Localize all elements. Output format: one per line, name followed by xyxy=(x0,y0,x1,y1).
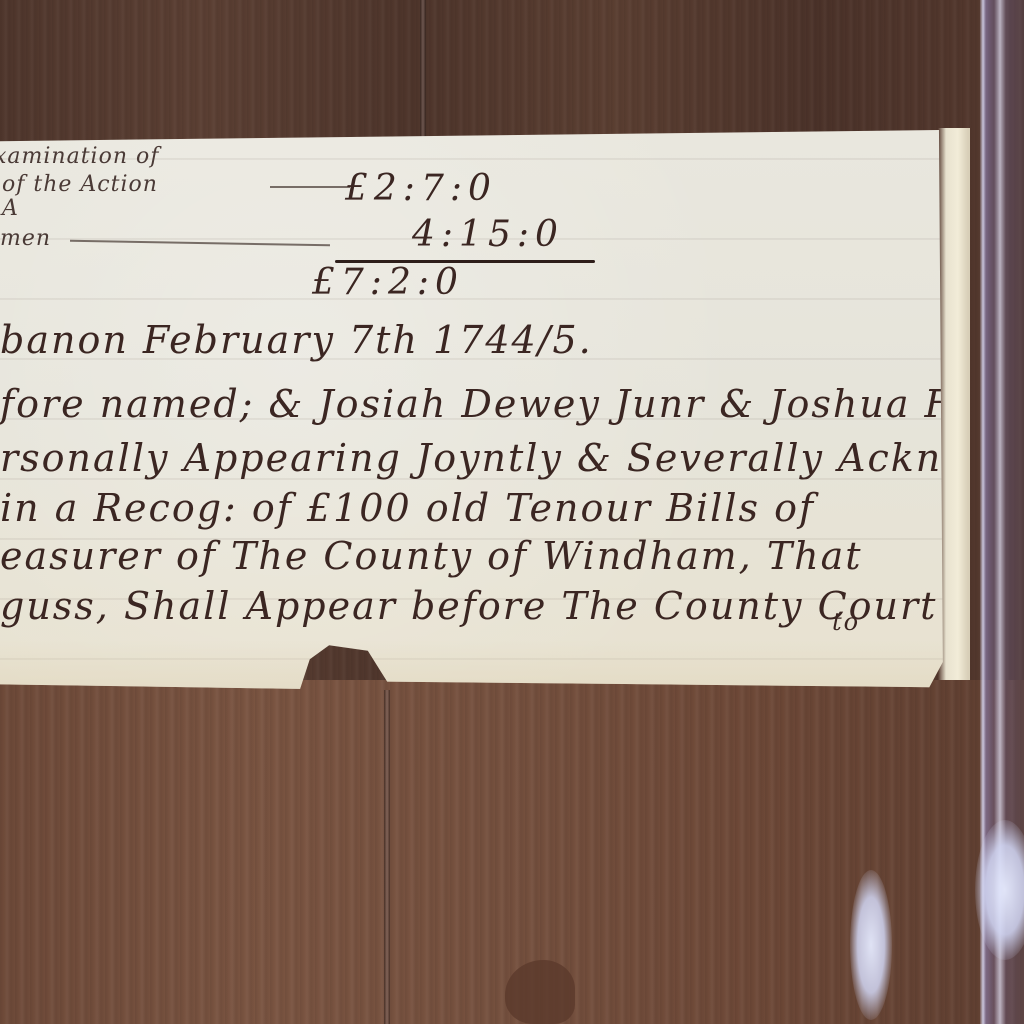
header-fragment: xamination of xyxy=(0,144,159,169)
header-fragment: of the Action xyxy=(2,172,158,197)
date-line: banon February 7th 1744/5. xyxy=(0,318,593,362)
header-fragment: men xyxy=(0,226,51,251)
body-line: to xyxy=(832,608,860,636)
plank-seam xyxy=(420,0,426,140)
ledger-amount: £2:7:0 xyxy=(345,168,497,209)
paper-edge xyxy=(938,128,970,680)
leader-line xyxy=(270,186,350,188)
body-line: fore named; & Josiah Dewey Junr & Joshua… xyxy=(0,382,1024,426)
body-line: guss, Shall Appear before The County Cou… xyxy=(0,584,937,628)
ledger-total: £7:2:0 xyxy=(312,262,464,303)
body-line: rsonally Appearing Joyntly & Severally A… xyxy=(0,436,1017,480)
light-reflection xyxy=(850,870,892,1020)
manuscript-document: xamination of of the Action A men £2:7:0… xyxy=(0,130,968,690)
wood-stain xyxy=(505,960,575,1024)
body-line: easurer of The County of Windham, That xyxy=(0,534,863,578)
header-fragment: A xyxy=(2,196,19,221)
body-line: in a Recog: of £100 old Tenour Bills of xyxy=(0,486,815,530)
torn-edge xyxy=(0,640,968,690)
ledger-amount: 4:15:0 xyxy=(412,214,564,255)
plank-seam xyxy=(384,690,390,1024)
photo-scene: xamination of of the Action A men £2:7:0… xyxy=(0,0,1024,1024)
